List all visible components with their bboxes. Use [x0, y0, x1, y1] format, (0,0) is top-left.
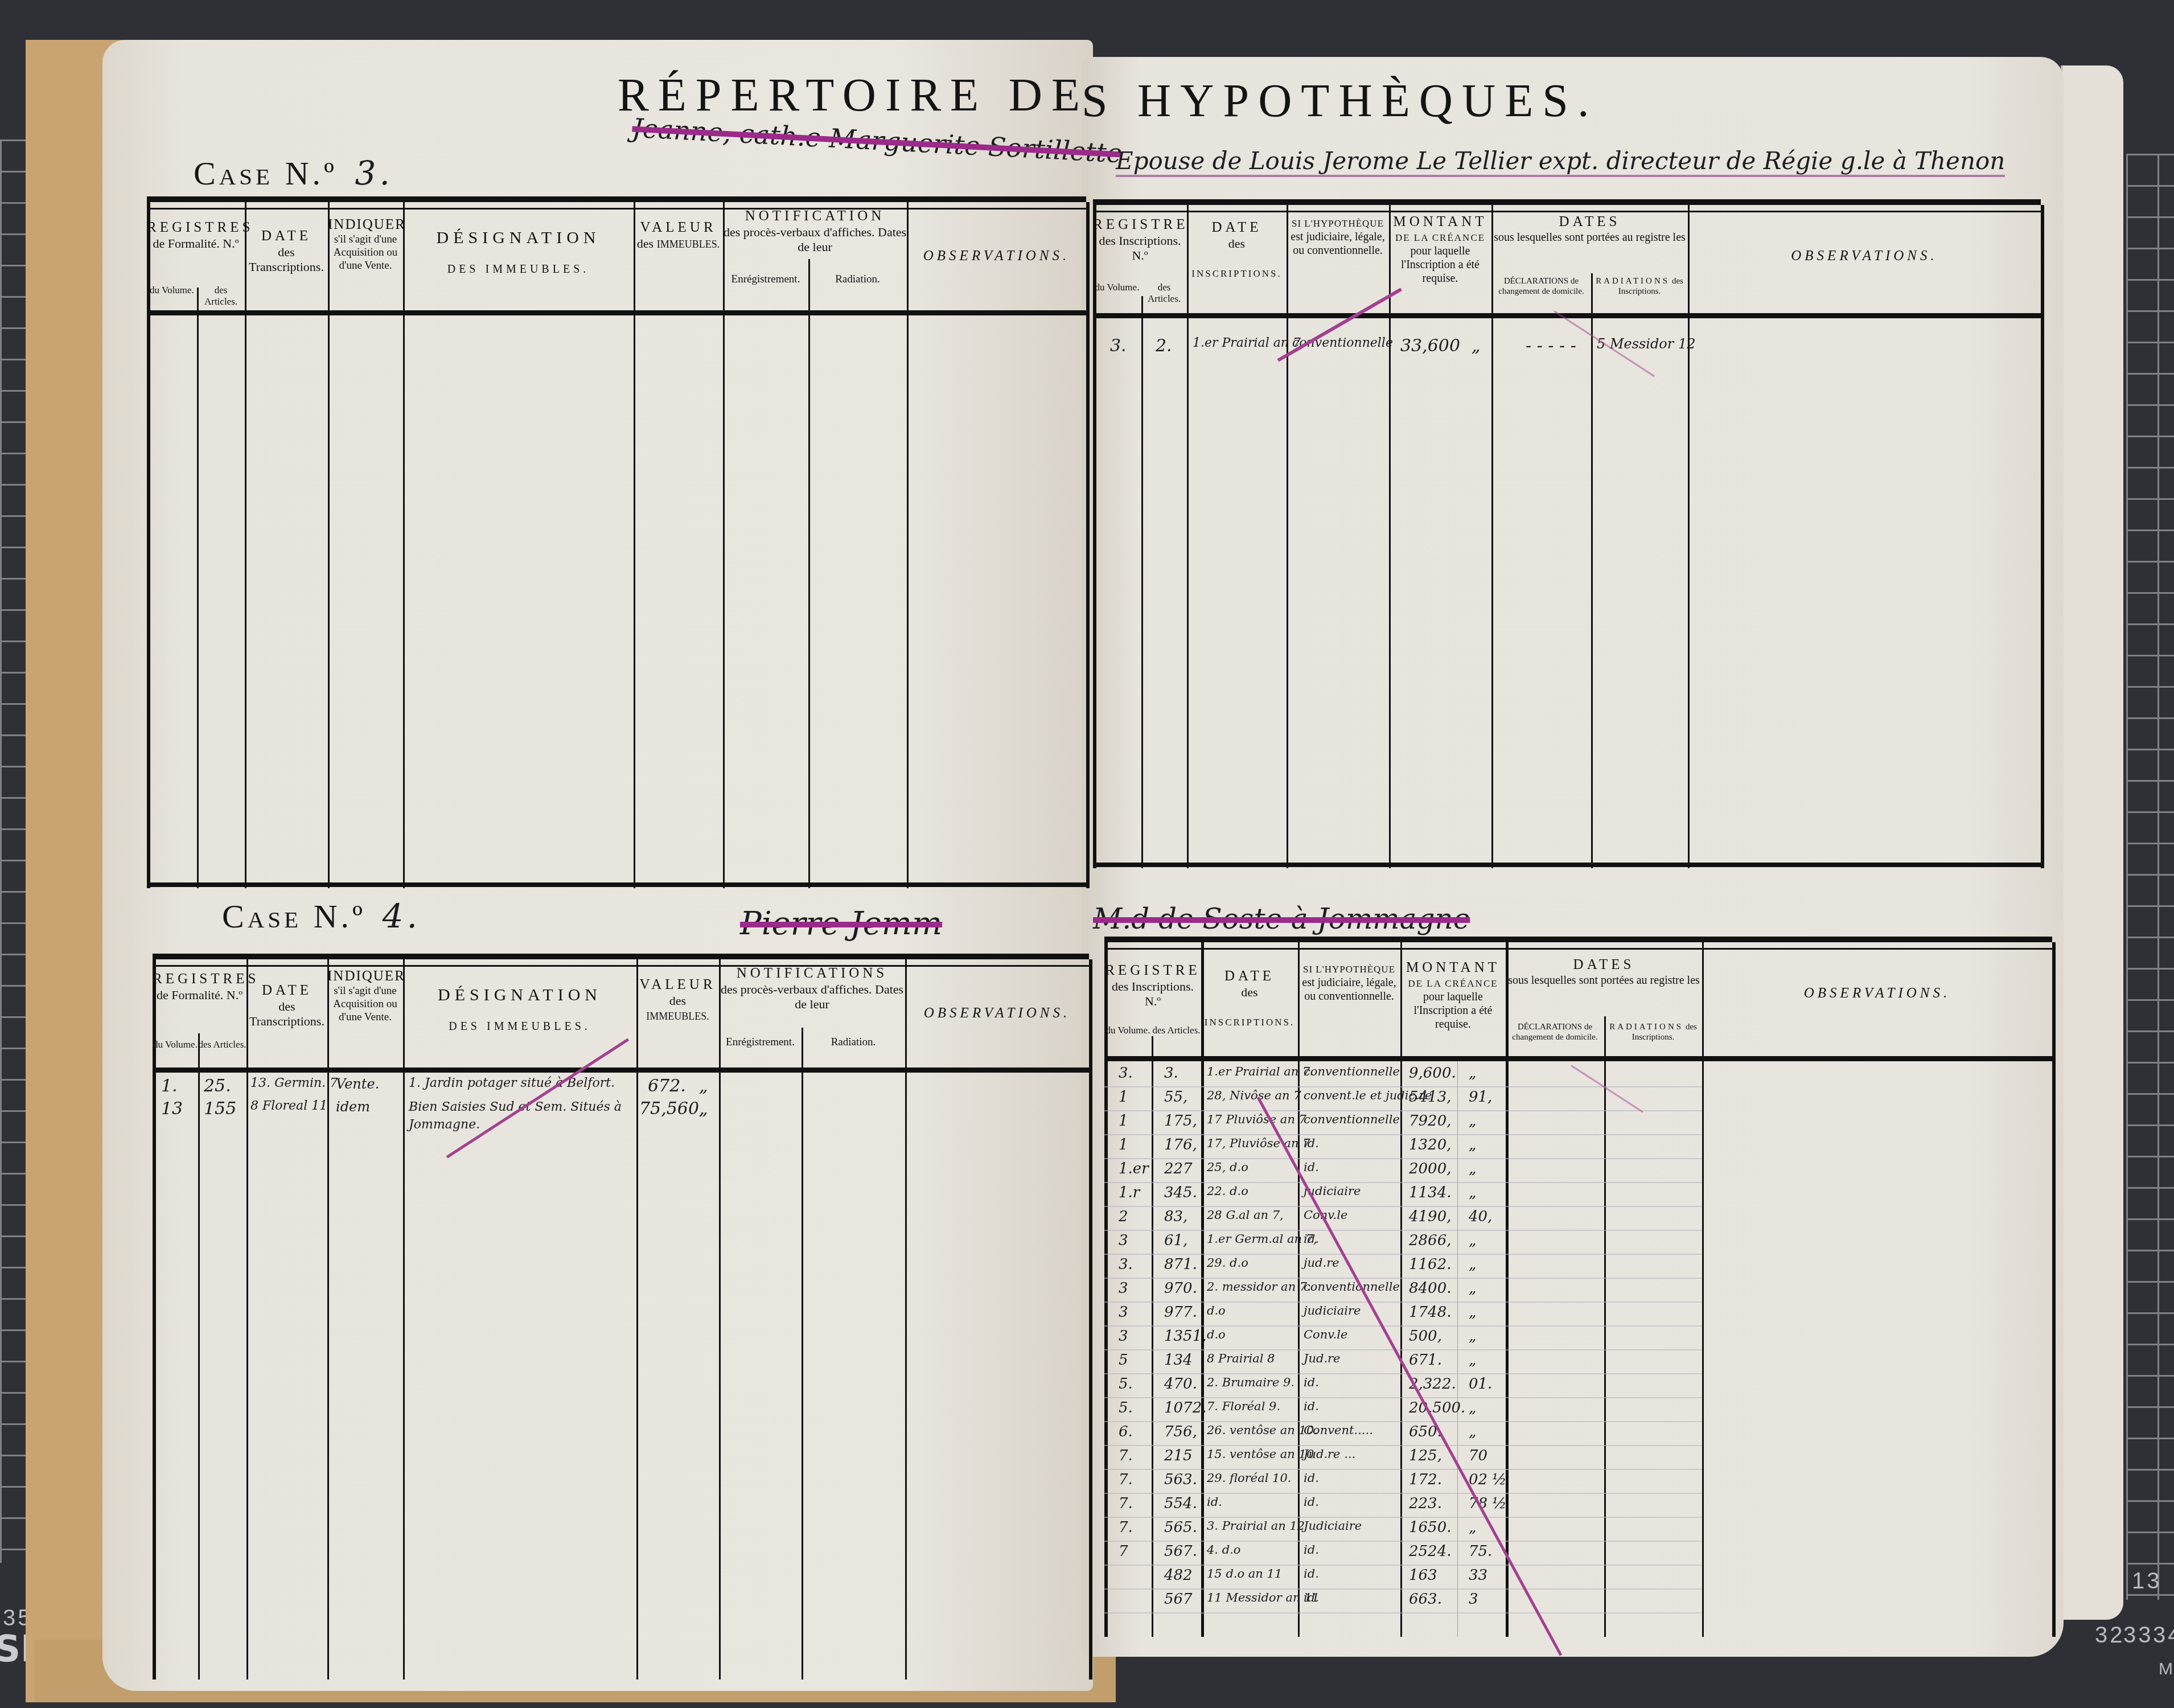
- header-hypotheque: SI L'HYPOTHÈQUE est judiciaire, légale, …: [1287, 216, 1389, 257]
- ruler-number: 13: [2132, 1569, 2162, 1594]
- cell-date: 2. messidor an 7.: [1207, 1280, 1311, 1294]
- cell-cents: „: [1472, 336, 1481, 356]
- ruled-line: [1104, 1325, 1702, 1327]
- header-observations: OBSERVATIONS.: [1688, 248, 2041, 265]
- header-du-volume: du Volume.: [147, 285, 197, 296]
- cell-montant: 663.: [1409, 1591, 1442, 1608]
- cell-designation: 1. Jardin potager situé à Belfort.: [409, 1076, 615, 1090]
- ruler-brand: MA: [2159, 1660, 2174, 1679]
- cell-volume: 3: [1119, 1304, 1128, 1321]
- cell-article: 134: [1164, 1352, 1193, 1369]
- cell-article: 970.: [1164, 1280, 1197, 1297]
- cell-date: 28 G.al an 7,: [1207, 1208, 1284, 1222]
- cell-article: 83,: [1164, 1208, 1187, 1225]
- cell-cents: „: [1469, 1232, 1476, 1249]
- header-hypotheque: SI L'HYPOTHÈQUE est judiciaire, légale, …: [1298, 962, 1400, 1003]
- ruler-number: 34: [2153, 1623, 2174, 1648]
- case-4-label: Case N.º 4.: [222, 897, 421, 935]
- cell-designation: Bien Saisies Sud et Sem. Situés à Jommag…: [409, 1099, 625, 1134]
- table-row: 31351,d.oConv.le500,„: [1104, 1328, 2052, 1350]
- cell-cents: „: [1469, 1112, 1476, 1130]
- cell-type: conventionnelle: [1304, 1280, 1400, 1294]
- case-3-inscriptions-table: REGISTRE des Inscriptions. N.º du Volume…: [1093, 199, 2041, 868]
- header-observations: OBSERVATIONS.: [905, 1005, 1089, 1022]
- cell-montant: 223.: [1409, 1495, 1442, 1512]
- header-declarations: DÉCLARATIONS de changement de domicile.: [1506, 1022, 1604, 1042]
- cell-type: id.: [1304, 1543, 1319, 1557]
- cell-montant: 33,600: [1400, 336, 1460, 356]
- cell-date: 4. d.o: [1207, 1543, 1240, 1557]
- table-row: 1175,17 Pluviôse an 7conventionnelle7920…: [1104, 1112, 2052, 1135]
- ruler-number: 33: [2123, 1623, 2154, 1648]
- cell-type: id.: [1304, 1495, 1319, 1509]
- case-number: 4.: [383, 897, 421, 935]
- table-row: 5.1072.7. Floréal 9.id.20,500.„: [1104, 1399, 2052, 1422]
- cell-date: d.o: [1207, 1328, 1226, 1341]
- cell-volume: 7: [1119, 1543, 1128, 1560]
- case-label-text: Case N.º: [194, 155, 338, 192]
- table-row: 283,28 G.al an 7,Conv.le4190,40,: [1104, 1208, 2052, 1231]
- ruled-line: [1104, 1349, 1702, 1350]
- header-dates: DATES sous lesquelles sont portées au re…: [1506, 956, 1702, 987]
- cell-valeur: 75,560,: [639, 1099, 705, 1119]
- cell-article: 756,: [1164, 1423, 1197, 1440]
- table-row: 7.21515. ventôse an 10Jud.re ...125,70: [1104, 1447, 2052, 1470]
- cell-date: id.: [1207, 1495, 1222, 1509]
- cell-montant: 1650.: [1409, 1519, 1451, 1536]
- cell-cents: 33: [1469, 1567, 1487, 1584]
- ruled-line: [1104, 1301, 1702, 1303]
- ruled-line: [1104, 1278, 1702, 1279]
- cell-cents: „: [1469, 1423, 1476, 1440]
- header-observations: OBSERVATIONS.: [907, 248, 1086, 265]
- header-radiation: Radiation.: [808, 273, 907, 286]
- ruled-line: [1104, 1373, 1702, 1374]
- cell-article: 567: [1164, 1591, 1193, 1608]
- header-date-transcriptions: DATE des Transcriptions.: [246, 982, 327, 1029]
- case-4-inscription-rows: 3.3.1.er Prairial an 7.conventionnelle9,…: [1104, 1065, 2052, 1634]
- cell-type: Jud.re ...: [1304, 1447, 1355, 1461]
- table-row: 7.565.3. Prairial an 12Judiciaire1650.„: [1104, 1519, 2052, 1542]
- cell-article: 3.: [1164, 1065, 1178, 1082]
- cell-montant: 1162.: [1409, 1256, 1451, 1273]
- cell-volume: 13: [161, 1099, 183, 1119]
- header-notifications: NOTIFICATIONS des procès-verbaux d'affic…: [719, 965, 905, 1012]
- cell-volume: 7.: [1119, 1519, 1133, 1536]
- cell-date: 2. Brumaire 9.: [1207, 1376, 1294, 1389]
- ruled-line: [1104, 1517, 1702, 1518]
- header-montant: MONTANT DE LA CRÉANCE pour laquelle l'In…: [1389, 213, 1491, 285]
- cell-volume: 3.: [1110, 336, 1127, 356]
- cell-cents: „: [1469, 1328, 1476, 1345]
- case-3-owner-continued: Epouse de Louis Jerome Le Tellier expt. …: [1116, 147, 2005, 177]
- cell-date: 8 Prairial 8: [1207, 1352, 1275, 1365]
- cell-type: id.: [1304, 1399, 1319, 1413]
- ruled-line: [1104, 1493, 1702, 1494]
- cell-type: Judiciaire: [1304, 1519, 1362, 1533]
- cell-cents: 01.: [1469, 1376, 1492, 1393]
- case-separator: [1093, 863, 2041, 867]
- cell-date: 29. floréal 10.: [1207, 1471, 1292, 1485]
- cell-montant: 5413,: [1409, 1089, 1451, 1106]
- header-date-transcriptions: DATE des Transcriptions.: [245, 228, 328, 275]
- cell-montant: 8400.: [1409, 1280, 1451, 1297]
- header-radiations: RADIATIONS des Inscriptions.: [1604, 1022, 1702, 1042]
- cell-article: 1072.: [1164, 1399, 1206, 1417]
- cell-cents: 3: [1469, 1591, 1478, 1608]
- cell-cents: „: [1469, 1256, 1476, 1273]
- case-4-inscriptions-table: REGISTRE des Inscriptions. N.º du Volume…: [1104, 937, 2052, 1637]
- ruled-line: [1104, 1206, 1702, 1207]
- cell-type: idem: [336, 1099, 370, 1115]
- table-row: 1.r345.22. d.ojudiciaire1134.„: [1104, 1184, 2052, 1207]
- table-row: 3.3.1.er Prairial an 7.conventionnelle9,…: [1104, 1065, 2052, 1087]
- cell-type: Vente.: [336, 1076, 379, 1092]
- ruled-line: [1104, 1254, 1702, 1255]
- cell-date: 15 d.o an 11: [1207, 1567, 1282, 1580]
- cell-date: 17, Pluviôse an 7: [1207, 1136, 1310, 1150]
- cell-montant: 1134.: [1409, 1184, 1451, 1201]
- cell-article: 25.: [204, 1076, 231, 1096]
- calibration-grid-right: [2126, 154, 2174, 1600]
- cell-date: 26. ventôse an 10.: [1207, 1423, 1318, 1437]
- cell-montant: 671.: [1409, 1352, 1442, 1369]
- cell-type: Convent.....: [1304, 1423, 1373, 1437]
- cell-montant: 1748.: [1409, 1304, 1451, 1321]
- cell-date: 3. Prairial an 12: [1207, 1519, 1305, 1533]
- cell-cents: „: [1469, 1065, 1476, 1082]
- cell-montant: 163: [1409, 1567, 1437, 1584]
- header-des-articles: des Articles.: [1152, 1025, 1201, 1036]
- ruled-line: [1104, 1397, 1702, 1398]
- cell-cents: „: [699, 1076, 708, 1096]
- case-label-text: Case N.º: [222, 898, 366, 935]
- cell-article: 61,: [1164, 1232, 1187, 1249]
- cell-cents: „: [1469, 1352, 1476, 1369]
- ruled-line: [1104, 1565, 1702, 1566]
- cell-article: 482: [1164, 1567, 1193, 1584]
- cell-volume: 5.: [1119, 1376, 1133, 1393]
- cell-date: 17 Pluviôse an 7: [1207, 1112, 1306, 1126]
- header-radiation: Radiation.: [802, 1036, 905, 1049]
- header-registres: REGISTRES de Formalité. N.º: [147, 219, 245, 251]
- header-designation: DÉSIGNATION DES IMMEUBLES.: [403, 985, 636, 1033]
- case-number: 3.: [355, 154, 393, 192]
- cell-article: 155: [204, 1099, 236, 1119]
- cell-article: 470.: [1164, 1376, 1197, 1393]
- cell-type: id.: [1304, 1591, 1319, 1604]
- cell-type: judiciaire: [1304, 1304, 1361, 1317]
- header-indiquer: INDIQUER s'il s'agit d'une Acquisition o…: [327, 968, 403, 1024]
- cell-date: 1.er Prairial an 7.: [1193, 336, 1305, 350]
- cell-date: d.o: [1207, 1304, 1226, 1317]
- header-designation: DÉSIGNATION DES IMMEUBLES.: [403, 228, 634, 276]
- cell-cents: 91,: [1469, 1089, 1492, 1106]
- cell-cents: 75.: [1469, 1543, 1492, 1560]
- cell-date: 28, Nivôse an 7: [1207, 1089, 1301, 1102]
- cell-date: 13. Germin. 7: [250, 1076, 338, 1090]
- header-du-volume: du Volume.: [153, 1039, 198, 1050]
- header-observations: OBSERVATIONS.: [1702, 985, 2052, 1002]
- cell-cents: 40,: [1469, 1208, 1492, 1225]
- cell-type: id.: [1304, 1136, 1319, 1150]
- cell-type: id.: [1304, 1160, 1319, 1174]
- cell-montant: 172.: [1409, 1471, 1442, 1488]
- header-du-volume: du Volume.: [1104, 1025, 1152, 1036]
- cell-article: 345.: [1164, 1184, 1197, 1201]
- cell-date: 1.er Germ.al an 7,: [1207, 1232, 1317, 1246]
- header-registre-inscriptions: REGISTRE des Inscriptions. N.º: [1093, 216, 1187, 264]
- cell-cents: „: [1469, 1184, 1476, 1201]
- cell-montant: 500,: [1409, 1328, 1442, 1345]
- header-des-articles: des Articles.: [1141, 282, 1187, 305]
- cell-date: 29. d.o: [1207, 1256, 1248, 1270]
- case-4-owner-continued: M.d de Soste à Jommagne: [1093, 902, 1470, 935]
- cell-montant: 2000,: [1409, 1160, 1451, 1177]
- case-4-transcriptions-table: REGISTRES de Formalité. N.º du Volume. d…: [153, 954, 1089, 1680]
- ruler-number: 32: [2095, 1623, 2125, 1648]
- header-du-volume: du Volume.: [1093, 282, 1141, 293]
- cell-date: 11 Messidor an 11: [1207, 1591, 1320, 1604]
- cell-date: 7. Floréal 9.: [1207, 1399, 1280, 1413]
- cell-montant: 2866,: [1409, 1232, 1451, 1249]
- cell-volume: 3.: [1119, 1065, 1133, 1082]
- ruled-line: [1104, 1445, 1702, 1446]
- ruled-line: [1104, 1086, 1702, 1087]
- header-date-inscriptions: DATE des INSCRIPTIONS.: [1201, 968, 1298, 1029]
- cell-volume: 1: [1119, 1136, 1128, 1153]
- cell-date: 25, d.o: [1207, 1160, 1248, 1174]
- cell-date: 15. ventôse an 10: [1207, 1447, 1314, 1461]
- header-registres: REGISTRES de Formalité. N.º: [153, 971, 246, 1003]
- cell-cents: 02 ½: [1469, 1471, 1507, 1488]
- cell-montant: 2524.: [1409, 1543, 1451, 1560]
- cell-cents: „: [1469, 1399, 1476, 1417]
- cell-article: 871.: [1164, 1256, 1197, 1273]
- cell-volume: 3: [1119, 1232, 1128, 1249]
- header-notification: NOTIFICATION des procès-verbaux d'affich…: [723, 208, 907, 255]
- case-3-label: Case N.º 3.: [194, 154, 393, 192]
- table-row: 1.er22725, d.oid.2000,„: [1104, 1160, 2052, 1183]
- header-dates: DATES sous lesquelles sont portées au re…: [1491, 213, 1688, 244]
- cell-type: id.: [1304, 1376, 1319, 1389]
- cell-montant: 20,500.: [1409, 1399, 1465, 1417]
- table-row: 361,1.er Germ.al an 7,id.2866,„: [1104, 1232, 2052, 1255]
- case-separator: [147, 882, 1086, 887]
- cell-article: 227: [1164, 1160, 1193, 1177]
- cell-valeur: 672.: [648, 1076, 686, 1096]
- header-registre-inscriptions: REGISTRE des Inscriptions. N.º: [1104, 962, 1201, 1009]
- ruled-line: [1104, 1588, 1702, 1590]
- next-page-edge: [2061, 65, 2123, 1620]
- cell-article: 175,: [1164, 1112, 1197, 1130]
- cell-article: 215: [1164, 1447, 1193, 1464]
- cell-date: 22. d.o: [1207, 1184, 1248, 1198]
- cell-volume: 7.: [1119, 1447, 1133, 1464]
- case-4-owner-struck: Pierre Jemm: [740, 905, 942, 942]
- cell-article: 55,: [1164, 1089, 1187, 1106]
- table-row: 3.871.29. d.ojud.re1162.„: [1104, 1256, 2052, 1279]
- cell-montant: 1320,: [1409, 1136, 1451, 1153]
- cell-cents: „: [1469, 1304, 1476, 1321]
- table-row: 3. 2. 1.er Prairial an 7. conventionnell…: [1093, 336, 2041, 359]
- page-title-right: S HYPOTHÈQUES.: [1082, 74, 1598, 128]
- table-row: 155,28, Nivôse an 7convent.le et judic.r…: [1104, 1089, 2052, 1111]
- table-row: 3977.d.ojudiciaire1748.„: [1104, 1304, 2052, 1327]
- header-des-articles: des Articles.: [197, 285, 245, 308]
- cell-article: 2.: [1156, 336, 1172, 356]
- cell-type: conventionnelle: [1304, 1065, 1400, 1078]
- cell-type: id.: [1304, 1232, 1319, 1246]
- cell-type: id.: [1304, 1567, 1319, 1580]
- cell-volume: 1: [1119, 1112, 1128, 1130]
- ruled-line: [1104, 1612, 1702, 1613]
- cell-cents: „: [1469, 1519, 1476, 1536]
- ruled-line: [1104, 1158, 1702, 1159]
- cell-cents: „: [1469, 1160, 1476, 1177]
- cell-volume: 3: [1119, 1280, 1128, 1297]
- cell-volume: 1.r: [1119, 1184, 1140, 1201]
- cell-declaration: - - - - -: [1526, 336, 1576, 356]
- scan-background: 35 34 SER 13 32 33 34 MA RÉPERTOIRE DE S…: [0, 0, 2174, 1708]
- cell-montant: 125,: [1409, 1447, 1442, 1464]
- cell-type: jud.re: [1304, 1256, 1339, 1270]
- cell-volume: 7.: [1119, 1471, 1133, 1488]
- cell-article: 565.: [1164, 1519, 1197, 1536]
- cell-type: Conv.le: [1304, 1328, 1347, 1341]
- cell-date: 1.er Prairial an 7.: [1207, 1065, 1314, 1078]
- cell-volume: 1.: [161, 1076, 178, 1096]
- cell-cents: „: [1469, 1136, 1476, 1153]
- cell-volume: 3.: [1119, 1256, 1133, 1273]
- cell-date: 8 Floreal 11: [250, 1099, 327, 1113]
- cell-type: Jud.re: [1304, 1352, 1341, 1365]
- cell-volume: 2: [1119, 1208, 1128, 1225]
- table-row: 3970.2. messidor an 7.conventionnelle840…: [1104, 1280, 2052, 1303]
- ruled-line: [1104, 1469, 1702, 1470]
- cell-volume: 7.: [1119, 1495, 1133, 1512]
- cell-cents: „: [1469, 1280, 1476, 1297]
- cell-montant: 9,600.: [1409, 1065, 1456, 1082]
- cell-volume: 1.er: [1119, 1160, 1149, 1177]
- cell-montant: 7920,: [1409, 1112, 1451, 1130]
- table-row: 1176,17, Pluviôse an 7id.1320,„: [1104, 1136, 2052, 1159]
- cell-article: 1351,: [1164, 1328, 1206, 1345]
- ruled-line: [1104, 1421, 1702, 1422]
- header-montant: MONTANT DE LA CRÉANCE pour laquelle l'In…: [1400, 959, 1506, 1031]
- header-enregistrement: Enrégistrement.: [723, 273, 808, 286]
- ruled-line: [1104, 1134, 1702, 1135]
- table-row: 1. 25. 13. Germin. 7 Vente. 1. Jardin po…: [153, 1076, 1089, 1099]
- page-title-left: RÉPERTOIRE DE: [618, 68, 1089, 122]
- cell-cents: „: [699, 1099, 708, 1119]
- header-valeur: VALEUR des IMMEUBLES.: [634, 219, 723, 251]
- table-row: 5.470.2. Brumaire 9.id.2,322.01.: [1104, 1376, 2052, 1398]
- cell-article: 563.: [1164, 1471, 1197, 1488]
- cell-montant: 4190,: [1409, 1208, 1451, 1225]
- ruled-line: [1104, 1182, 1702, 1183]
- cell-type: conventionnelle: [1304, 1112, 1400, 1126]
- cell-article: 977.: [1164, 1304, 1197, 1321]
- table-row: 48215 d.o an 11id.16333: [1104, 1567, 2052, 1590]
- header-valeur: VALEUR des IMMEUBLES.: [636, 976, 719, 1024]
- header-des-articles: des Articles.: [198, 1039, 246, 1050]
- table-row: 7.563.29. floréal 10.id.172.02 ½: [1104, 1471, 2052, 1494]
- table-row: 51348 Prairial 8Jud.re671.„: [1104, 1352, 2052, 1374]
- header-indiquer: INDIQUER s'il s'agit d'une Acquisition o…: [328, 216, 403, 272]
- table-row: 13 155 8 Floreal 11 idem Bien Saisies Su…: [153, 1099, 1089, 1144]
- cell-volume: 5.: [1119, 1399, 1133, 1417]
- cell-article: 176,: [1164, 1136, 1197, 1153]
- header-radiations: RADIATIONS des Inscriptions.: [1591, 276, 1688, 297]
- table-row: 7567.4. d.oid.2524.75.: [1104, 1543, 2052, 1566]
- cell-article: 567.: [1164, 1543, 1197, 1560]
- cell-cents: 70: [1469, 1447, 1487, 1464]
- ruled-line: [1104, 1230, 1702, 1231]
- ruled-line: [1104, 1110, 1702, 1111]
- cell-volume: 1: [1119, 1089, 1128, 1106]
- case-3-transcriptions-table: REGISTRES de Formalité. N.º du Volume. d…: [147, 196, 1086, 888]
- header-declarations: DÉCLARATIONS de changement de domicile.: [1491, 276, 1591, 297]
- calibration-grid-left: [0, 139, 26, 1563]
- cell-article: 554.: [1164, 1495, 1197, 1512]
- ruled-line: [1104, 1541, 1702, 1542]
- table-row: 6.756,26. ventôse an 10.Convent.....650.…: [1104, 1423, 2052, 1446]
- cell-volume: 6.: [1119, 1423, 1133, 1440]
- header-date-inscriptions: DATE des INSCRIPTIONS.: [1187, 219, 1287, 280]
- cell-volume: 3: [1119, 1328, 1128, 1345]
- cell-volume: 5: [1119, 1352, 1128, 1369]
- table-row: 56711 Messidor an 11id.663.3: [1104, 1591, 2052, 1613]
- table-row: 7.554.id.id.223.78 ½: [1104, 1495, 2052, 1518]
- header-enregistrement: Enrégistrement.: [719, 1036, 802, 1049]
- cell-type: id.: [1304, 1471, 1319, 1485]
